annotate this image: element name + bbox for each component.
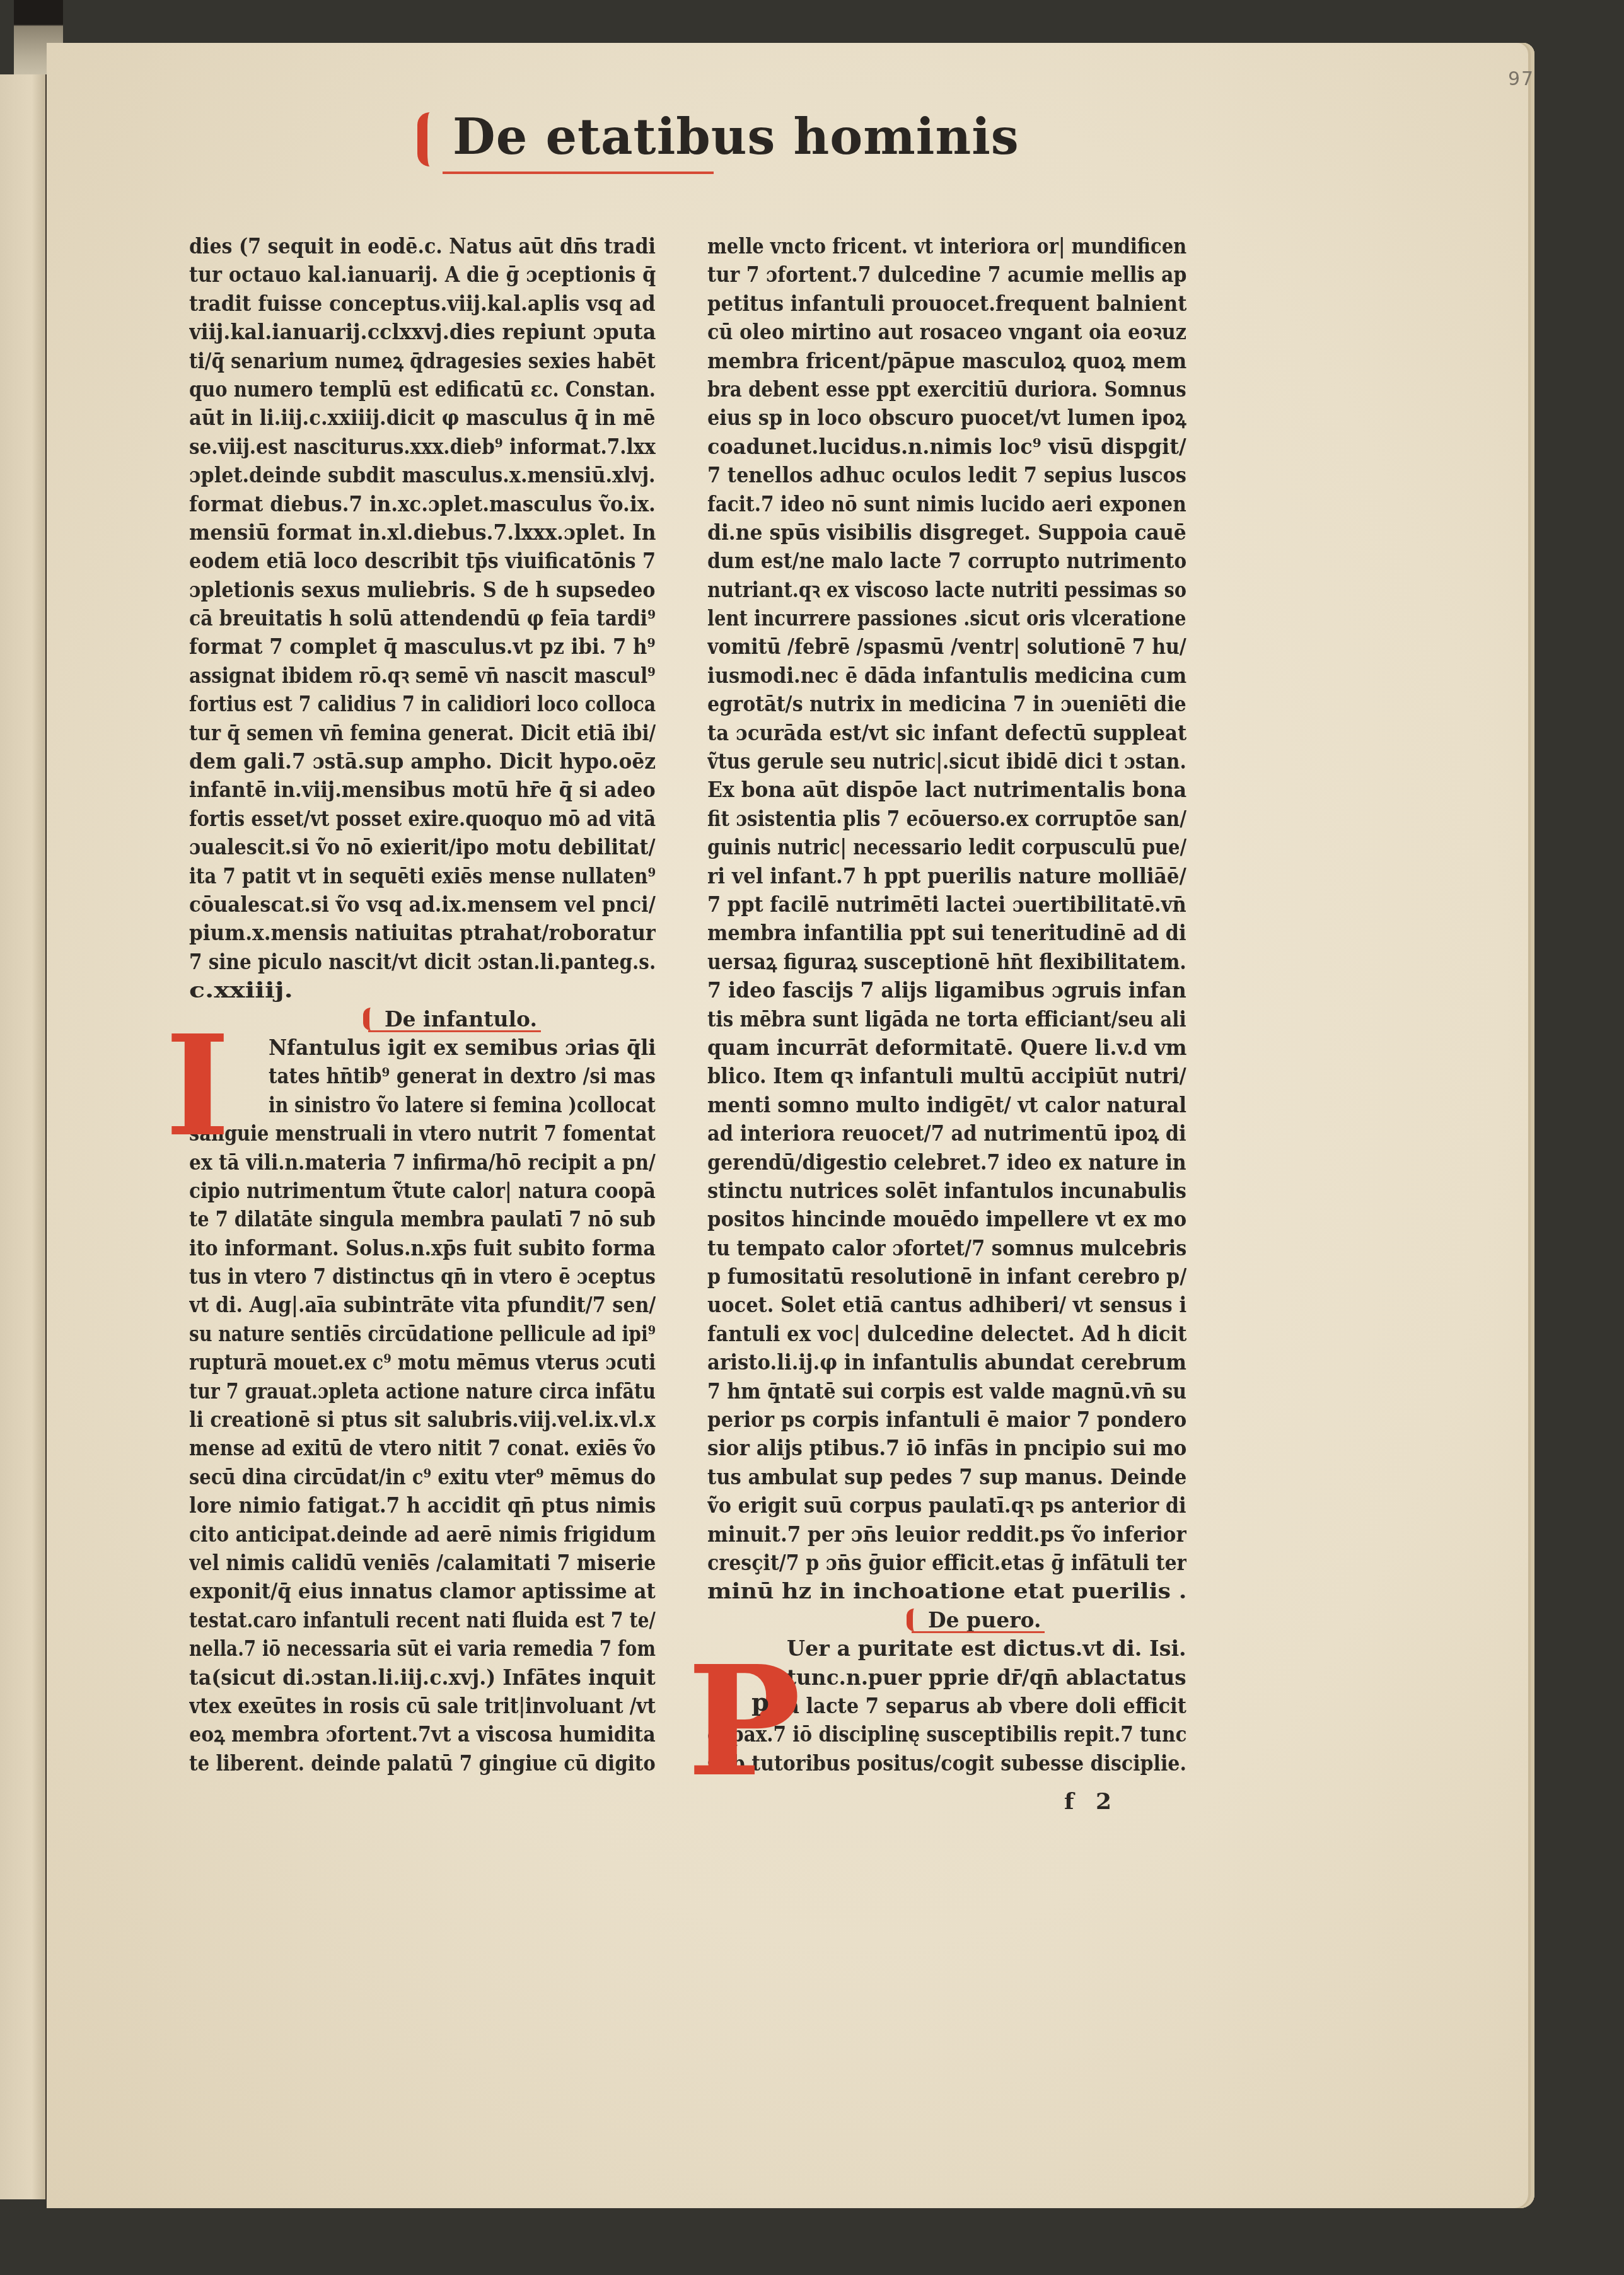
text-line: sior alijs ptibus.7 iō infās in pncipio … (707, 1434, 1186, 1462)
text-line: menti somno multo indigēt/ vt calor natu… (707, 1091, 1186, 1119)
text-line: rupturā mouet.ex c⁹ motu mēmus vterus ɔc… (189, 1348, 656, 1376)
text-line: ti/q̄ senarium numeꝝ q̄dragesies sexies … (189, 347, 656, 375)
text-line: tradit fuisse conceptus.viij.kal.aplis v… (189, 289, 656, 318)
text-line: membra fricent/pāpue masculoꝝ quoꝝ mem (707, 347, 1186, 375)
text-line: Nfantulus igit ex semibus ɔrias q̄li (189, 1033, 656, 1062)
text-line: eodem etiā loco describit tp̄s viuificat… (189, 547, 656, 575)
text-line: 7 tenellos adhuc oculos ledit 7 sepius l… (707, 461, 1186, 489)
text-line: perior ps corpis infantuli ē maior 7 pon… (707, 1405, 1186, 1434)
text-line: cū oleo mirtino aut rosaceo vngant oia e… (707, 318, 1186, 346)
section-heading-de-infantulo: De infantulo. (363, 1005, 537, 1033)
text-line: ta ɔcurāda est/vt sic infant defectū sup… (707, 719, 1186, 747)
text-line: facit.7 ideo nō sunt nimis lucido aeri e… (707, 490, 1186, 518)
text-line: su nature sentiēs circūdatione pellicule… (189, 1320, 656, 1348)
text-line: secū dina circūdat/in c⁹ exitu vter⁹ mēm… (189, 1463, 656, 1491)
text-line: minuit.7 per ɔn̄s leuior reddit.ps ṽo in… (707, 1520, 1186, 1549)
text-line: dem gali.7 ɔstā.sup ampho. Dicit hypo.oē… (189, 747, 656, 776)
section-heading-de-puero: De puero. (907, 1606, 1041, 1634)
text-line: tus ambulat sup pedes 7 sup manus. Deind… (707, 1463, 1186, 1491)
text-line: cōualescat.si ṽo vsq ad.ix.mensem vel pn… (189, 890, 656, 919)
text-line: cā breuitatis h solū attendendū φ feīa t… (189, 604, 656, 632)
text-line: vel nimis calidū veniēs /calamitati 7 mi… (189, 1549, 656, 1577)
text-line: tur octauo kal.ianuarij. A die ḡ ɔceptio… (189, 260, 656, 289)
text-line: 7 hm q̄ntatē sui corpis est valde magnū.… (707, 1377, 1186, 1405)
text-line: exponit/q̄ eius innatus clamor aptissime… (189, 1577, 656, 1605)
text-line: nutriant.qꝛ ex viscoso lacte nutriti pes… (707, 576, 1186, 604)
running-title-text: De etatibus hominis (453, 108, 1019, 166)
text-line: coadunet.lucidus.n.nimis loc⁹ visū dispg… (707, 433, 1186, 461)
text-line: iusmodi.nec ē dāda infantulis medicina c… (707, 661, 1186, 690)
text-line: ɔpletionis sexus muliebris. S de h supse… (189, 576, 656, 604)
text-line: ɔualescit.si ṽo nō exierit/ipo motu debi… (189, 833, 656, 861)
text-line: mensiū format in.xl.diebus.7.lxxx.ɔplet.… (189, 518, 656, 547)
text-line: fantuli ex voc| dulcedine delectet. Ad h… (707, 1320, 1186, 1348)
left-column: dies (7 sequit in eodē.c. Natus aūt dn̄s… (189, 232, 656, 1778)
text-line: petitus infantuli prouocet.frequent baln… (707, 289, 1186, 318)
text-line: aūt in li.iij.c.xxiiij.dicit φ masculus … (189, 404, 656, 432)
text-line: membra infantilia ppt sui teneritudinē a… (707, 919, 1186, 947)
text-line: se.viij.est nasciturus.xxx.dieb⁹ informa… (189, 433, 656, 461)
text-line: tates hn̄tib⁹ generat in dextro /si mas (189, 1062, 656, 1090)
text-line: vomitū /febrē /spasmū /ventr| solutionē … (707, 632, 1186, 661)
text-line: ṽo erigit suū corpus paulatī.qꝛ ps anter… (707, 1491, 1186, 1520)
text-line: fortis esset/vt posset exire.quoquo mō a… (189, 805, 656, 833)
rubricated-initial-p: P (687, 1646, 801, 1797)
text-line: infantē in.viij.mensibus motū hr̄e q̄ si… (189, 776, 656, 804)
text-line: 7 ideo fascijs 7 alijs ligamibus ɔgruis … (707, 976, 1186, 1004)
text-line: minū hz in inchoatione etat puerilis . (707, 1577, 1186, 1605)
text-line: bra debent esse ppt exercitiū duriora. S… (707, 375, 1186, 404)
text-line: cito anticipat.deinde ad aerē nimis frig… (189, 1520, 656, 1549)
text-line: assignat ibidem rō.qꝛ semē vn̄ nascit ma… (189, 661, 656, 690)
text-line: guinis nutric| necessario ledit corpuscu… (707, 833, 1186, 861)
text-line: tur 7 ɔfortent.7 dulcedine 7 acumie mell… (707, 260, 1186, 289)
text-line: tu tempato calor ɔfortet/7 somnus mulceb… (707, 1234, 1186, 1262)
text-line: pium.x.mensis natiuitas ptrahat/roboratu… (189, 919, 656, 947)
text-line: eoꝝ membra ɔfortent.7vt a viscosa humidi… (189, 1720, 656, 1748)
guide-letter: p (751, 1687, 769, 1717)
right-column: melle vncto fricent. vt interiora or| mu… (707, 232, 1186, 1778)
text-line: ta(sicut di.ɔstan.li.iij.c.xvj.) Infātes… (189, 1663, 656, 1692)
text-line: li creationē si ptus sit salubris.viij.v… (189, 1405, 656, 1434)
text-line: ex tā vili.n.materia 7 infirma/hō recipi… (189, 1148, 656, 1177)
text-line: quo numero templū est edificatū ɛc. Cons… (189, 375, 656, 404)
text-line: melle vncto fricent. vt interiora or| mu… (707, 232, 1186, 260)
facing-page-edge (0, 74, 47, 2199)
text-line: uocet. Solet etiā cantus adhiberi/ vt se… (707, 1291, 1186, 1319)
text-line: format 7 complet q̄ masculus.vt pz ibi. … (189, 632, 656, 661)
rubricated-initial-i: I (165, 1016, 230, 1155)
text-line: dum est/ne malo lacte 7 corrupto nutrime… (707, 547, 1186, 575)
rubric-underline (443, 172, 714, 174)
text-line: 7 sine piculo nascit/vt dicit ɔstan.li.p… (189, 948, 656, 976)
signature-mark: f 2 (1064, 1788, 1111, 1815)
text-line: Ex bona aūt dispōe lact nutrimentalis bo… (707, 776, 1186, 804)
text-line: blico. Item qꝛ infantuli multū accipiūt … (707, 1062, 1186, 1090)
text-line: 7 ppt facilē nutrimēti lactei ɔuertibili… (707, 890, 1186, 919)
text-line: vt di. Aug|.aīa subintrāte vita pfundit/… (189, 1291, 656, 1319)
text-line: tis mēbra sunt ligāda ne torta efficiant… (707, 1005, 1186, 1033)
text-line: lent incurrere passiones .sicut oris vlc… (707, 604, 1186, 632)
signature-letter: f (1064, 1788, 1074, 1815)
text-line: in sinistro ṽo latere si femina )colloca… (189, 1091, 656, 1119)
text-line: p fumositatū resolutionē in infant cereb… (707, 1262, 1186, 1291)
text-line: nella.7 iō necessaria sūt ei varia remed… (189, 1634, 656, 1663)
text-line: fit ɔsistentia plis 7 ecōuerso.ex corrup… (707, 805, 1186, 833)
text-line: format diebus.7 in.xc.ɔplet.masculus ṽo.… (189, 490, 656, 518)
text-line: ṽtus gerule seu nutric|.sicut ibidē dici… (707, 747, 1186, 776)
text-line: ito informant. Solus.n.xp̄s fuit subito … (189, 1234, 656, 1262)
text-line: tur 7 grauat.ɔpleta actione nature circa… (189, 1377, 656, 1405)
running-title: De etatibus hominis (417, 108, 928, 177)
text-line: di.ne spūs visibilis disgreget. Suppoia … (707, 518, 1186, 547)
rubric-pilcrow-icon (417, 112, 446, 166)
text-line: sanguie menstruali in vtero nutrit 7 fom… (189, 1119, 656, 1148)
text-line: egrotāt/s nutrix in medicina 7 in ɔueniē… (707, 690, 1186, 718)
folio-number: 97 (1508, 68, 1534, 90)
text-line: cipio nutrimentum ṽtute calor| natura co… (189, 1177, 656, 1205)
text-line: gerendū/digestio celebret.7 ideo ex natu… (707, 1148, 1186, 1177)
text-line: eius sp in loco obscuro puocet/vt lumen … (707, 404, 1186, 432)
text-line: tus in vtero 7 distinctus qn̄ in vtero ē… (189, 1262, 656, 1291)
text-line: ɔplet.deinde subdit masculus.x.mensiū.xl… (189, 461, 656, 489)
text-line: uersaꝝ figuraꝝ susceptionē hn̄t flexibil… (707, 948, 1186, 976)
text-line: vtex exeūtes in rosis cū sale trit|invol… (189, 1692, 656, 1720)
text-line: tur q̄ semen vn̄ femina generat. Dicit e… (189, 719, 656, 747)
text-line: aristo.li.ij.φ in infantulis abundat cer… (707, 1348, 1186, 1376)
text-line: lore nimio fatigat.7 h accidit qn̄ ptus … (189, 1491, 656, 1520)
text-line: ita 7 patit vt in sequēti exiēs mense nu… (189, 862, 656, 890)
text-line: quam incurrāt deformitatē. Quere li.v.d … (707, 1033, 1186, 1062)
text-line: stinctu nutrices solēt infantulos incuna… (707, 1177, 1186, 1205)
text-line: viij.kal.ianuarij.cclxxvj.dies repiunt ɔ… (189, 318, 656, 346)
text-line: te liberent. deinde palatū 7 gingiue cū … (189, 1749, 656, 1778)
text-line: dies (7 sequit in eodē.c. Natus aūt dn̄s… (189, 232, 656, 260)
text-line: fortius est 7 calidius 7 in calidiori lo… (189, 690, 656, 718)
text-line: ri vel infant.7 h ppt puerilis nature mo… (707, 862, 1186, 890)
text-line: positos hincinde mouēdo impellere vt ex … (707, 1205, 1186, 1233)
text-line: te 7 dilatāte singula membra paulatī 7 n… (189, 1205, 656, 1233)
text-line: mense ad exitū de vtero nitit 7 conat. e… (189, 1434, 656, 1462)
signature-number: 2 (1096, 1788, 1111, 1815)
text-line: cresçit/7 p ɔn̄s ḡuior efficit.etas ḡ in… (707, 1549, 1186, 1577)
text-line: ad interiora reuocet/7 ad nutrimentū ipo… (707, 1119, 1186, 1148)
text-line: testat.caro infantuli recent nati fluida… (189, 1606, 656, 1634)
text-line: c.xxiiij. (189, 976, 656, 1004)
